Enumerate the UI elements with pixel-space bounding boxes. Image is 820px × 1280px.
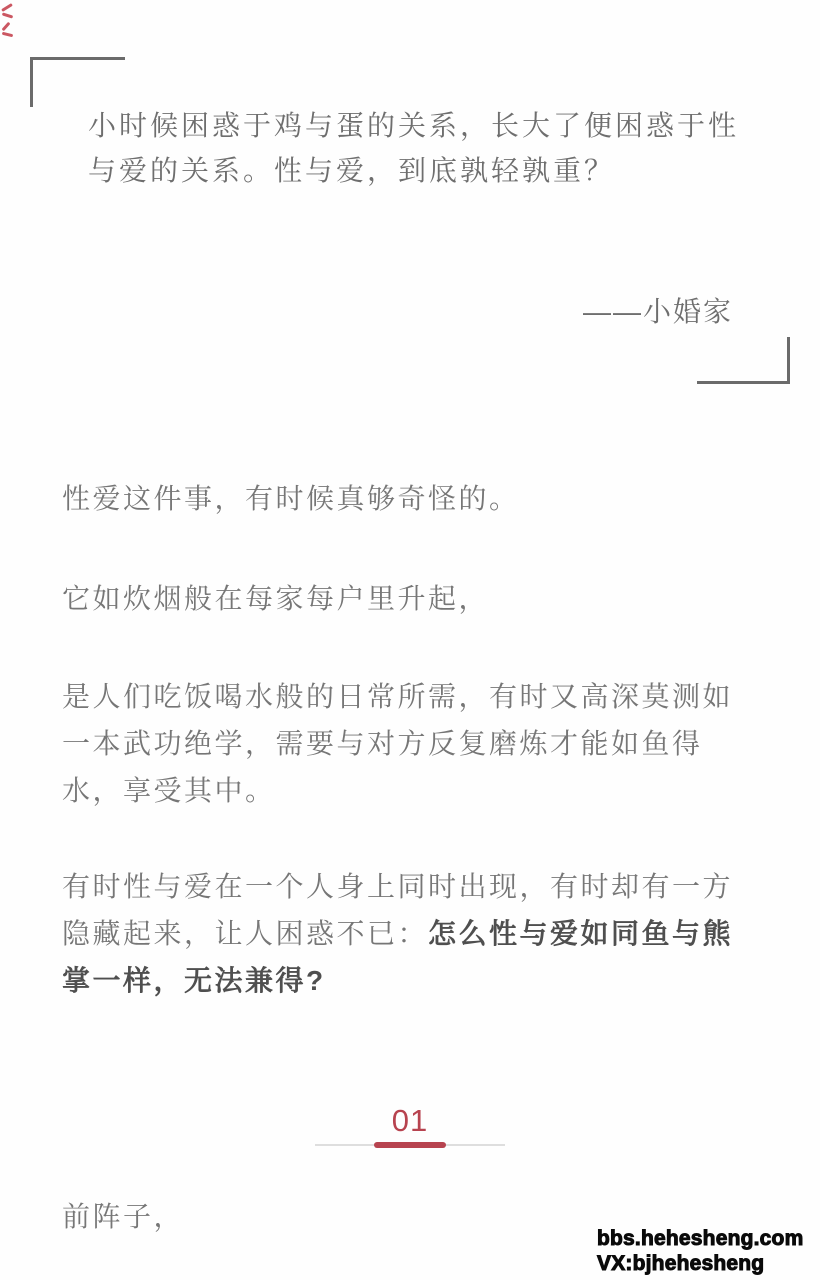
quote-bracket-bottom-right-icon: [697, 337, 790, 384]
quote-attribution: ——小婚家: [583, 297, 733, 327]
paragraph-2: 它如炊烟般在每家每户里升起，: [62, 575, 762, 622]
paragraph-1: 性爱这件事，有时候真够奇怪的。: [62, 475, 762, 522]
watermark: bbs.hehesheng.com VX:bjhehesheng: [597, 1226, 803, 1276]
divider-accent-bar: [374, 1142, 446, 1148]
quote-text: 小时候困惑于鸡与蛋的关系，长大了便困惑于性 与爱的关系。性与爱，到底孰轻孰重？: [88, 103, 768, 193]
watermark-wechat-id: VX:bjhehesheng: [597, 1251, 803, 1276]
watermark-site-url: bbs.hehesheng.com: [597, 1226, 803, 1251]
quote-bracket-top-left-icon: [30, 57, 125, 107]
paragraph-4: 有时性与爱在一个人身上同时出现，有时却有一方 隐藏起来，让人困惑不已：怎么性与爱…: [62, 863, 762, 1004]
paragraph-3: 是人们吃饭喝水般的日常所需，有时又高深莫测如 一本武功绝学，需要与对方反复磨炼才…: [62, 673, 762, 814]
section-divider: [0, 1142, 820, 1149]
section-number: 01: [0, 1104, 820, 1138]
article-page: 小时候困惑于鸡与蛋的关系，长大了便困惑于性 与爱的关系。性与爱，到底孰轻孰重？ …: [0, 0, 820, 1280]
